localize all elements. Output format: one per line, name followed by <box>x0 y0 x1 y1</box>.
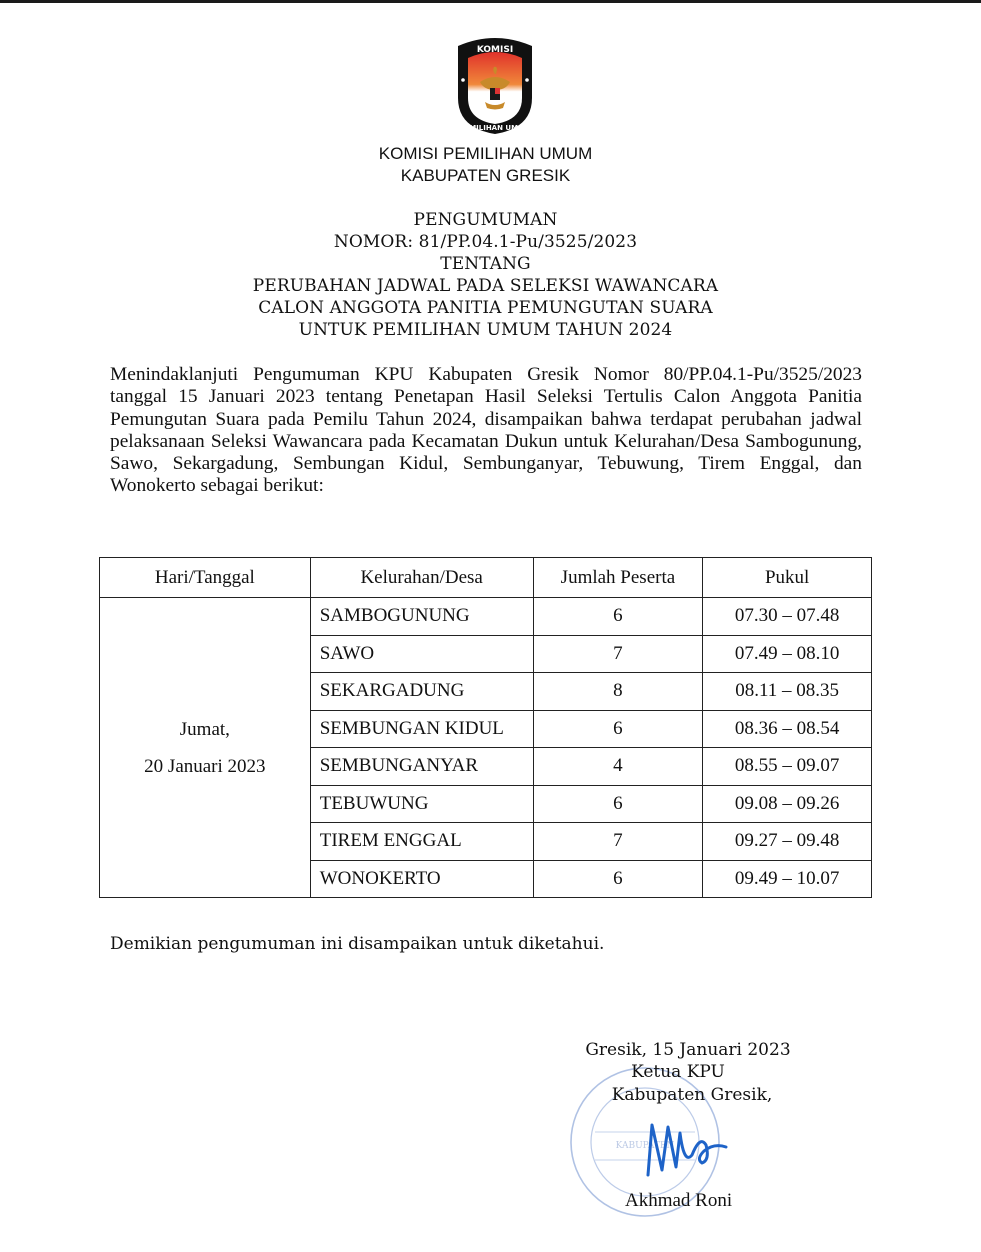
org-region: KABUPATEN GRESIK <box>0 166 976 186</box>
signature-icon <box>640 1115 730 1185</box>
table-row: Jumat,20 Januari 2023SAMBOGUNUNG607.30 –… <box>100 598 872 636</box>
svg-text:KOMISI: KOMISI <box>477 45 513 55</box>
day-name: Jumat, <box>100 711 310 748</box>
participants-cell: 7 <box>533 823 703 861</box>
time-cell: 09.49 – 10.07 <box>703 860 872 898</box>
time-cell: 07.49 – 08.10 <box>703 635 872 673</box>
kpu-logo-icon: KOMISI PEMILIHAN UMUM <box>452 36 538 136</box>
participants-cell: 6 <box>533 860 703 898</box>
village-cell: SEMBUNGAN KIDUL <box>310 710 533 748</box>
village-cell: TIREM ENGGAL <box>310 823 533 861</box>
participants-cell: 6 <box>533 785 703 823</box>
top-edge-bar <box>0 0 981 3</box>
participants-cell: 6 <box>533 710 703 748</box>
time-cell: 08.36 – 08.54 <box>703 710 872 748</box>
table-header-row: Hari/Tanggal Kelurahan/Desa Jumlah Peser… <box>100 558 872 598</box>
closing-statement: Demikian pengumuman ini disampaikan untu… <box>110 934 604 954</box>
signature-position: Ketua KPU <box>548 1062 808 1082</box>
signature-office: Kabupaten Gresik, <box>562 1085 822 1105</box>
doc-subject-line2: CALON ANGGOTA PANITIA PEMUNGUTAN SUARA <box>0 298 976 318</box>
village-cell: SAWO <box>310 635 533 673</box>
village-cell: SEMBUNGANYAR <box>310 748 533 786</box>
doc-type: PENGUMUMAN <box>0 210 976 230</box>
doc-number: NOMOR: 81/PP.04.1-Pu/3525/2023 <box>0 232 976 252</box>
participants-cell: 7 <box>533 635 703 673</box>
doc-subject-line3: UNTUK PEMILIHAN UMUM TAHUN 2024 <box>0 320 976 340</box>
header-participants: Jumlah Peserta <box>533 558 703 598</box>
header-village: Kelurahan/Desa <box>310 558 533 598</box>
time-cell: 09.27 – 09.48 <box>703 823 872 861</box>
participants-cell: 6 <box>533 598 703 636</box>
participants-cell: 4 <box>533 748 703 786</box>
signature-place-date: Gresik, 15 Januari 2023 <box>558 1040 818 1060</box>
participants-cell: 8 <box>533 673 703 711</box>
time-cell: 07.30 – 07.48 <box>703 598 872 636</box>
schedule-table: Hari/Tanggal Kelurahan/Desa Jumlah Peser… <box>99 557 872 898</box>
time-cell: 08.11 – 08.35 <box>703 673 872 711</box>
body-paragraph: Menindaklanjuti Pengumuman KPU Kabupaten… <box>110 364 862 498</box>
time-cell: 08.55 – 09.07 <box>703 748 872 786</box>
village-cell: TEBUWUNG <box>310 785 533 823</box>
doc-about-label: TENTANG <box>0 254 976 274</box>
header-time: Pukul <box>703 558 872 598</box>
village-cell: SAMBOGUNUNG <box>310 598 533 636</box>
doc-subject-line1: PERUBAHAN JADWAL PADA SELEKSI WAWANCARA <box>0 276 976 296</box>
time-cell: 09.08 – 09.26 <box>703 785 872 823</box>
village-cell: SEKARGADUNG <box>310 673 533 711</box>
org-name: KOMISI PEMILIHAN UMUM <box>0 144 976 164</box>
day-date-cell: Jumat,20 Januari 2023 <box>100 598 311 898</box>
signatory-name: Akhmad Roni <box>625 1190 732 1212</box>
svg-text:PEMILIHAN UMUM: PEMILIHAN UMUM <box>459 124 530 132</box>
date-value: 20 Januari 2023 <box>100 748 310 785</box>
village-cell: WONOKERTO <box>310 860 533 898</box>
header-day: Hari/Tanggal <box>100 558 311 598</box>
